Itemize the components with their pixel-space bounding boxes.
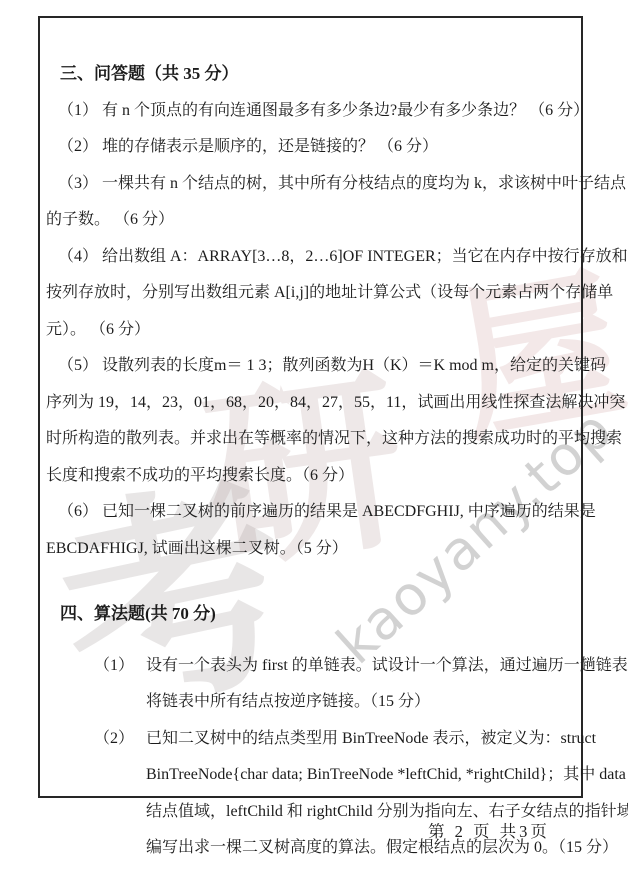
question-4-2-line4: 编写出求一棵二叉树高度的算法。假定根结点的层次为 0。（15 分） xyxy=(146,830,628,867)
question-4-1-number: （1） xyxy=(94,648,146,721)
question-3-5-line2: 序列为 19，14，23，01，68，20，84，27，55，11，试画出用线性… xyxy=(46,385,586,422)
question-3-3-line1: （3） 一棵共有 n 个结点的树，其中所有分枝结点的度均为 k，求该树中叶子结点 xyxy=(58,166,586,203)
question-4-2-line1: 已知二叉树中的结点类型用 BinTreeNode 表示，被定义为：struct xyxy=(146,721,628,758)
scanned-exam-page: { "document": { "section3": { "title": "… xyxy=(0,0,628,877)
question-3-6-line2: EBCDAFHIGJ, 试画出这棵二叉树。（5 分） xyxy=(46,531,586,568)
question-4-1-line2: 将链表中所有结点按逆序链接。（15 分） xyxy=(146,684,628,721)
question-3-3-line2: 的子数。 （6 分） xyxy=(46,202,586,239)
question-3-1: （1） 有 n 个顶点的有向连通图最多有多少条边?最少有多少条边？ （6 分） xyxy=(58,93,586,130)
question-4-2-number: （2） xyxy=(94,721,146,867)
section3-title: 三、问答题（共 35 分） xyxy=(60,56,586,93)
question-3-4-line2: 按列存放时，分别写出数组元素 A[i,j]的地址计算公式（设每个元素占两个存储单 xyxy=(46,275,586,312)
question-3-5-line3: 时所构造的散列表。并求出在等概率的情况下，这种方法的搜索成功时的平均搜索 xyxy=(46,421,586,458)
question-3-5-line4: 长度和搜索不成功的平均搜索长度。（6 分） xyxy=(46,458,586,495)
question-3-5-line1: （5） 设散列表的长度m＝ 1 3；散列函数为H（K）＝K mod m，给定的关… xyxy=(58,348,586,385)
question-4-2: （2） 已知二叉树中的结点类型用 BinTreeNode 表示，被定义为：str… xyxy=(94,721,586,867)
question-4-1: （1） 设有一个表头为 first 的单链表。试设计一个算法，通过遍历一趟链表，… xyxy=(94,648,586,721)
question-4-1-text: 设有一个表头为 first 的单链表。试设计一个算法，通过遍历一趟链表， 将链表… xyxy=(146,648,628,721)
question-4-2-text: 已知二叉树中的结点类型用 BinTreeNode 表示，被定义为：struct … xyxy=(146,721,628,867)
question-3-2: （2） 堆的存储表示是顺序的，还是链接的？ （6 分） xyxy=(58,129,586,166)
section4-title: 四、算法题(共 70 分) xyxy=(60,596,586,633)
question-3-6-line1: （6） 已知一棵二叉树的前序遍历的结果是 ABECDFGHIJ, 中序遍历的结果… xyxy=(58,494,586,531)
exam-content: 三、问答题（共 35 分） （1） 有 n 个顶点的有向连通图最多有多少条边?最… xyxy=(46,56,586,867)
question-4-2-line3: 结点值域，leftChild 和 rightChild 分别为指向左、右子女结点… xyxy=(146,794,628,831)
question-3-4-line3: 元）。 （6 分） xyxy=(46,312,586,349)
question-4-1-line1: 设有一个表头为 first 的单链表。试设计一个算法，通过遍历一趟链表， xyxy=(146,648,628,685)
question-3-4-line1: （4） 给出数组 A：ARRAY[3…8，2…6]OF INTEGER；当它在内… xyxy=(58,239,586,276)
question-4-2-line2: BinTreeNode{char data; BinTreeNode *left… xyxy=(146,757,628,794)
page-number: 第 2 页 共3页 xyxy=(428,818,550,842)
